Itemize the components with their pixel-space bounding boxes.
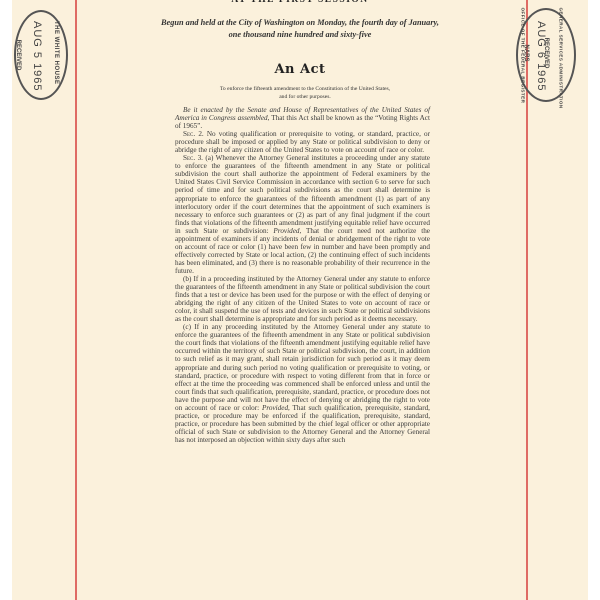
begun-line-2: one thousand nine hundred and sixty-five	[100, 29, 500, 41]
stamp-ring-text-bottom: OFFICE OF THE FEDERAL REGISTER	[521, 8, 526, 98]
section-3-label: Sec. 3.	[183, 154, 203, 162]
enacting-clause: Be it enacted by the Senate and House of…	[175, 106, 430, 130]
act-body: Be it enacted by the Senate and House of…	[175, 106, 430, 444]
left-margin-line	[75, 0, 77, 600]
stamp-date: AUG 6 1965	[535, 21, 547, 91]
act-title: An Act	[0, 62, 600, 77]
gsa-received-stamp: GENERAL SERVICES ADMINISTRATION RECEIVED…	[516, 8, 576, 102]
section-3a-text-2: That the court need not authorize the ap…	[175, 227, 430, 275]
section-2-text: No voting qualification or prerequisite …	[175, 130, 430, 154]
stamp-date: AUG 5 1965	[31, 21, 43, 91]
section-3c-provided: Provided,	[262, 404, 290, 412]
section-3a-text-1: (a) Whenever the Attorney General instit…	[175, 154, 430, 234]
purpose-line-2: and for other purposes.	[170, 93, 440, 101]
stamp-ring-text-top: GENERAL SERVICES ADMINISTRATION	[559, 8, 564, 98]
section-3c: (c) If in any proceeding instituted by t…	[175, 323, 430, 444]
begun-line-1: Begun and held at the City of Washington…	[100, 17, 500, 29]
purpose-line-1: To enforce the fifteenth amendment to th…	[170, 85, 440, 93]
section-3a-provided: Provided,	[273, 227, 301, 235]
white-house-received-stamp: THE WHITE HOUSE AUG 5 1965 RECEIVED	[14, 10, 68, 100]
section-2: Sec. 2. No voting qualification or prere…	[175, 130, 430, 154]
act-purpose: To enforce the fifteenth amendment to th…	[170, 85, 440, 101]
section-3c-text-1: (c) If in any proceeding instituted by t…	[175, 323, 430, 411]
section-3b: (b) If in a proceeding instituted by the…	[175, 275, 430, 323]
section-2-label: Sec. 2.	[183, 130, 204, 138]
section-3a: Sec. 3. (a) Whenever the Attorney Genera…	[175, 154, 430, 275]
session-heading: AT THE FIRST SESSION	[0, 0, 600, 5]
session-begun-text: Begun and held at the City of Washington…	[100, 17, 500, 41]
